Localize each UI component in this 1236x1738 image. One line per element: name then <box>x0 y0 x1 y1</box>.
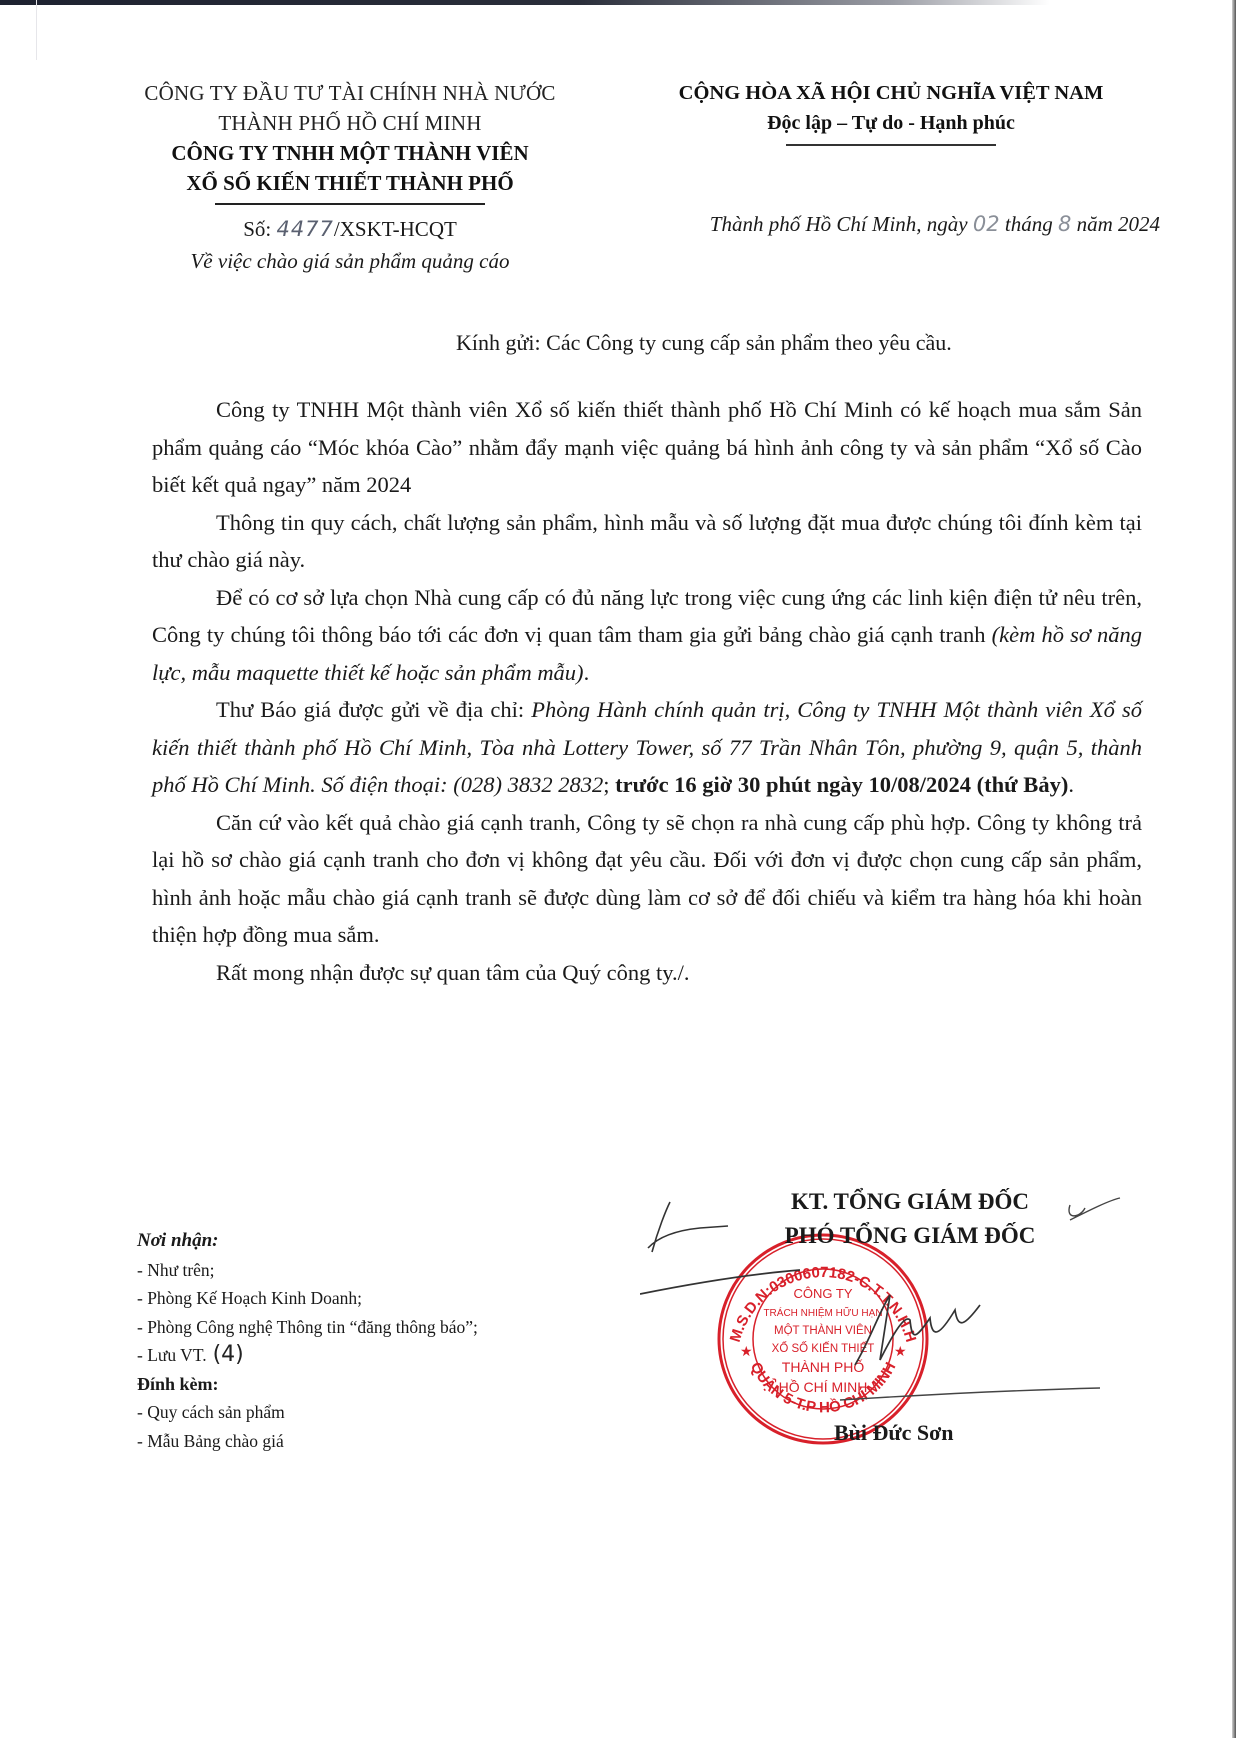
issuer-parent-line2: THÀNH PHỐ HỒ CHÍ MINH <box>100 108 600 138</box>
paragraph-4-sep: ; <box>603 772 615 797</box>
attachments-title: Đính kèm: <box>137 1370 617 1399</box>
dateline-prefix: Thành phố Hồ Chí Minh, ngày <box>710 212 973 236</box>
handwritten-signature <box>640 1190 1140 1440</box>
recipient-item: - Phòng Công nghệ Thông tin “đăng thông … <box>137 1313 617 1342</box>
document-number-handwritten: 4477 <box>276 217 333 241</box>
paragraph-4: Thư Báo giá được gửi về địa chỉ: Phòng H… <box>152 691 1142 804</box>
paragraph-4-deadline: trước 16 giờ 30 phút ngày 10/08/2024 (th… <box>615 772 1068 797</box>
letter-body: Công ty TNHH Một thành viên Xổ số kiến t… <box>152 391 1142 991</box>
paragraph-5: Căn cứ vào kết quả chào giá cạnh tranh, … <box>152 804 1142 954</box>
paragraph-1: Công ty TNHH Một thành viên Xổ số kiến t… <box>152 391 1142 504</box>
paragraph-4-end: . <box>1068 772 1074 797</box>
attachment-item: - Mẫu Bảng chào giá <box>137 1427 617 1456</box>
issuer-parent-line1: CÔNG TY ĐẦU TƯ TÀI CHÍNH NHÀ NƯỚC <box>100 78 600 108</box>
copies-handwritten: (4) <box>213 1342 244 1367</box>
recipient-item: - Như trên; <box>137 1256 617 1285</box>
document-number-suffix: /XSKT-HCQT <box>334 217 457 241</box>
issuer-header: CÔNG TY ĐẦU TƯ TÀI CHÍNH NHÀ NƯỚC THÀNH … <box>100 78 600 277</box>
scan-artifact <box>36 0 37 60</box>
recipients-block: Nơi nhận: - Như trên; - Phòng Kế Hoạch K… <box>137 1227 617 1455</box>
recipient-item: - Lưu VT. <box>137 1345 207 1365</box>
issuer-name-line2: XỔ SỐ KIẾN THIẾT THÀNH PHỐ <box>100 168 600 198</box>
dateline-month: 8 <box>1058 212 1071 236</box>
document-number-label: Số: <box>243 217 271 241</box>
national-header: CỘNG HÒA XÃ HỘI CHỦ NGHĨA VIỆT NAM Độc l… <box>626 78 1156 146</box>
paragraph-6: Rất mong nhận được sự quan tâm của Quý c… <box>152 954 1142 992</box>
issuer-name-line1: CÔNG TY TNHH MỘT THÀNH VIÊN <box>100 138 600 168</box>
header-divider <box>215 203 485 205</box>
dateline-year: năm 2024 <box>1071 212 1160 236</box>
paragraph-3-end: . <box>584 660 590 685</box>
scan-edge-right <box>1232 0 1236 1738</box>
document-number: Số: 4477/XSKT-HCQT <box>100 213 600 245</box>
document-subject: Về việc chào giá sản phẩm quảng cáo <box>100 245 600 277</box>
national-motto: Độc lập – Tự do - Hạnh phúc <box>626 108 1156 138</box>
national-title: CỘNG HÒA XÃ HỘI CHỦ NGHĨA VIỆT NAM <box>626 78 1156 108</box>
dateline-day: 02 <box>973 212 1000 236</box>
recipient-item-archive: - Lưu VT.(4) <box>137 1341 617 1370</box>
recipient-item: - Phòng Kế Hoạch Kinh Doanh; <box>137 1284 617 1313</box>
dateline-month-label: tháng <box>1000 212 1058 236</box>
paragraph-2: Thông tin quy cách, chất lượng sản phẩm,… <box>152 504 1142 579</box>
motto-divider <box>786 144 996 146</box>
attachment-item: - Quy cách sản phẩm <box>137 1398 617 1427</box>
addressee: Kính gửi: Các Công ty cung cấp sản phẩm … <box>456 330 952 356</box>
scan-edge-top <box>0 0 1050 5</box>
signer-name: Bùi Đức Sơn <box>834 1420 954 1446</box>
paragraph-4-text: Thư Báo giá được gửi về địa chỉ: <box>216 697 531 722</box>
dateline: Thành phố Hồ Chí Minh, ngày 02 tháng 8 n… <box>560 212 1160 237</box>
paragraph-3: Để có cơ sở lựa chọn Nhà cung cấp có đủ … <box>152 579 1142 692</box>
recipients-title: Nơi nhận: <box>137 1227 617 1256</box>
